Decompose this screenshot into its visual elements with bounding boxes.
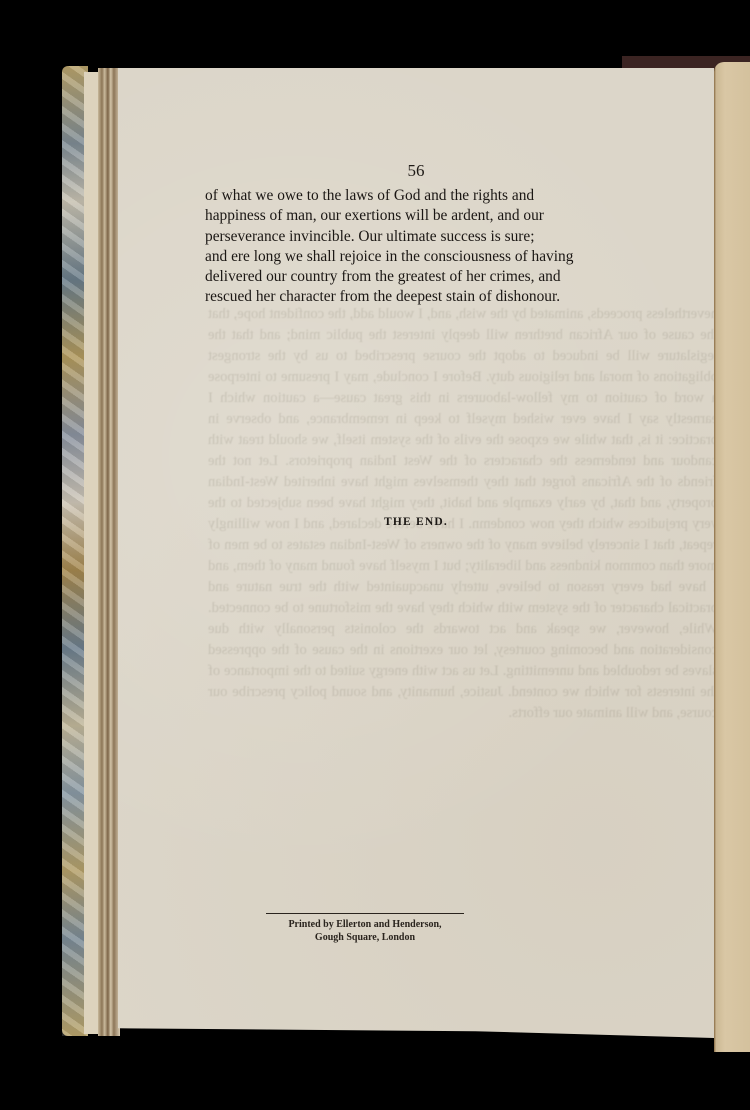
printer-imprint: Printed by Ellerton and Henderson, Gough… — [258, 918, 472, 944]
body-line: of what we owe to the laws of God and th… — [205, 186, 623, 206]
page-number: 56 — [118, 161, 714, 181]
body-line: and ere long we shall rejoice in the con… — [205, 247, 623, 267]
flyleaf — [84, 72, 99, 1034]
page-gutter — [98, 68, 120, 1036]
imprint-divider — [266, 913, 464, 914]
show-through-text: nevertheless proceeds, animated by the w… — [208, 304, 718, 724]
closing-heading: THE END. — [118, 516, 714, 528]
body-line: rescued her character from the deepest s… — [205, 287, 623, 307]
body-line: delivered our country from the greatest … — [205, 267, 623, 287]
imprint-line-1: Printed by Ellerton and Henderson, — [258, 918, 472, 931]
imprint-line-2: Gough Square, London — [258, 931, 472, 944]
book-page: nevertheless proceeds, animated by the w… — [118, 68, 714, 1038]
body-line: perseverance invincible. Our ultimate su… — [205, 227, 623, 247]
body-line: happiness of man, our exertions will be … — [205, 206, 623, 226]
facing-page-edge — [714, 62, 750, 1052]
book: nevertheless proceeds, animated by the w… — [62, 62, 750, 1040]
body-paragraph: of what we owe to the laws of God and th… — [205, 186, 623, 308]
